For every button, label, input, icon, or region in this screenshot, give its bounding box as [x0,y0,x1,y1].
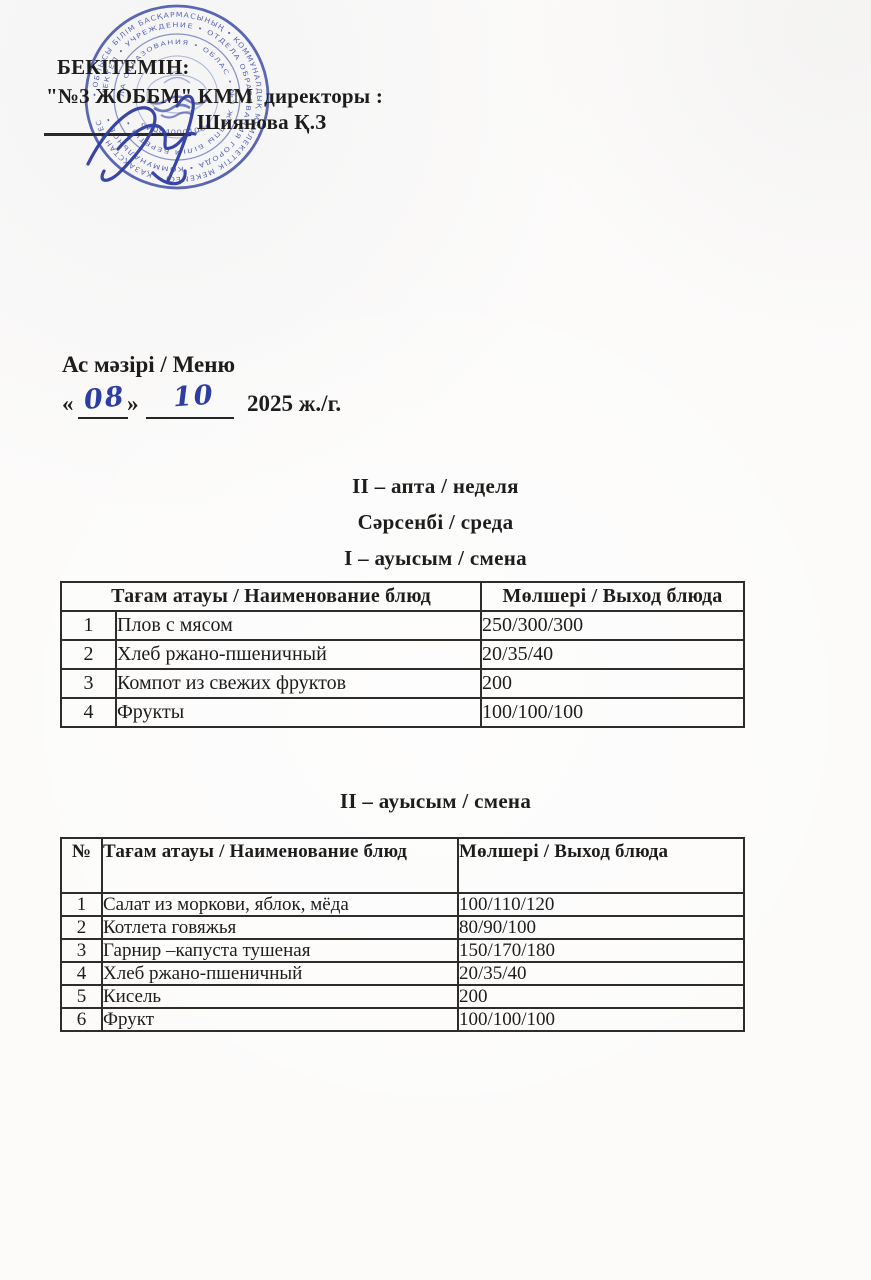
dish-amount: 100/100/100 [481,698,744,727]
table-row: 1 Салат из моркови, яблок, мёда 100/110/… [61,893,744,916]
dish-name: Кисель [102,985,458,1008]
date-month-underline [146,417,234,419]
row-number: 6 [61,1008,102,1031]
date-day-underline [78,417,128,419]
table-row: 2 Котлета говяжья 80/90/100 [61,916,744,939]
dish-amount: 200 [481,669,744,698]
row-number: 3 [61,939,102,962]
table-header-row: Тағам атауы / Наименование блюд Мөлшері … [61,582,744,611]
dish-name: Компот из свежих фруктов [116,669,481,698]
heading-shift-1: I – ауысым / смена [0,546,871,571]
table-row: 2 Хлеб ржано-пшеничный 20/35/40 [61,640,744,669]
dish-amount: 250/300/300 [481,611,744,640]
handwritten-signature [58,78,298,198]
dish-name: Хлеб ржано-пшеничный [116,640,481,669]
row-number: 4 [61,962,102,985]
dish-amount: 80/90/100 [458,916,744,939]
heading-shift-2: II – ауысым / смена [0,789,871,814]
row-number: 1 [61,893,102,916]
row-number: 4 [61,698,116,727]
dish-amount: 20/35/40 [481,640,744,669]
heading-weekday: Сәрсенбі / среда [0,510,871,535]
row-number: 2 [61,916,102,939]
table-row: 1 Плов с мясом 250/300/300 [61,611,744,640]
table-row: 4 Хлеб ржано-пшеничный 20/35/40 [61,962,744,985]
column-header-amount: Мөлшері / Выход блюда [481,582,744,611]
dish-name: Котлета говяжья [102,916,458,939]
column-header-number: № [61,838,102,893]
dish-name: Фрукт [102,1008,458,1031]
row-number: 5 [61,985,102,1008]
approval-heading: БЕКІТЕМІН: [57,55,190,80]
date-year-text: 2025 ж./г. [247,391,341,417]
date-open-quote: « [62,391,74,417]
dish-name: Хлеб ржано-пшеничный [102,962,458,985]
table-row: 5 Кисель 200 [61,985,744,1008]
table-row: 4 Фрукты 100/100/100 [61,698,744,727]
scanned-menu-document: • ОБЛЫСЫ БІЛІМ БАСҚАРМАСЫНЫҢ • КОММУНАЛД… [0,0,871,1280]
shift1-menu-table: Тағам атауы / Наименование блюд Мөлшері … [60,581,745,728]
dish-amount: 100/110/120 [458,893,744,916]
dish-name: Салат из моркови, яблок, мёда [102,893,458,916]
table-row: 6 Фрукт 100/100/100 [61,1008,744,1031]
date-close-quote: » [127,391,139,417]
date-day-handwritten: 08 [82,381,127,416]
column-header-dish: Тағам атауы / Наименование блюд [61,582,481,611]
row-number: 2 [61,640,116,669]
menu-title: Ас мәзірі / Меню [62,352,235,378]
dish-amount: 20/35/40 [458,962,744,985]
table-row: 3 Гарнир –капуста тушеная 150/170/180 [61,939,744,962]
dish-name: Фрукты [116,698,481,727]
table-row: 3 Компот из свежих фруктов 200 [61,669,744,698]
dish-amount: 100/100/100 [458,1008,744,1031]
row-number: 3 [61,669,116,698]
heading-week: II – апта / неделя [0,474,871,499]
table-header-row: № Тағам атауы / Наименование блюд Мөлшер… [61,838,744,893]
dish-amount: 150/170/180 [458,939,744,962]
dish-amount: 200 [458,985,744,1008]
shift2-menu-table: № Тағам атауы / Наименование блюд Мөлшер… [60,837,745,1032]
dish-name: Гарнир –капуста тушеная [102,939,458,962]
row-number: 1 [61,611,116,640]
column-header-dish: Тағам атауы / Наименование блюд [102,838,458,893]
dish-name: Плов с мясом [116,611,481,640]
date-month-handwritten: 10 [172,380,216,414]
column-header-amount: Мөлшері / Выход блюда [458,838,744,893]
